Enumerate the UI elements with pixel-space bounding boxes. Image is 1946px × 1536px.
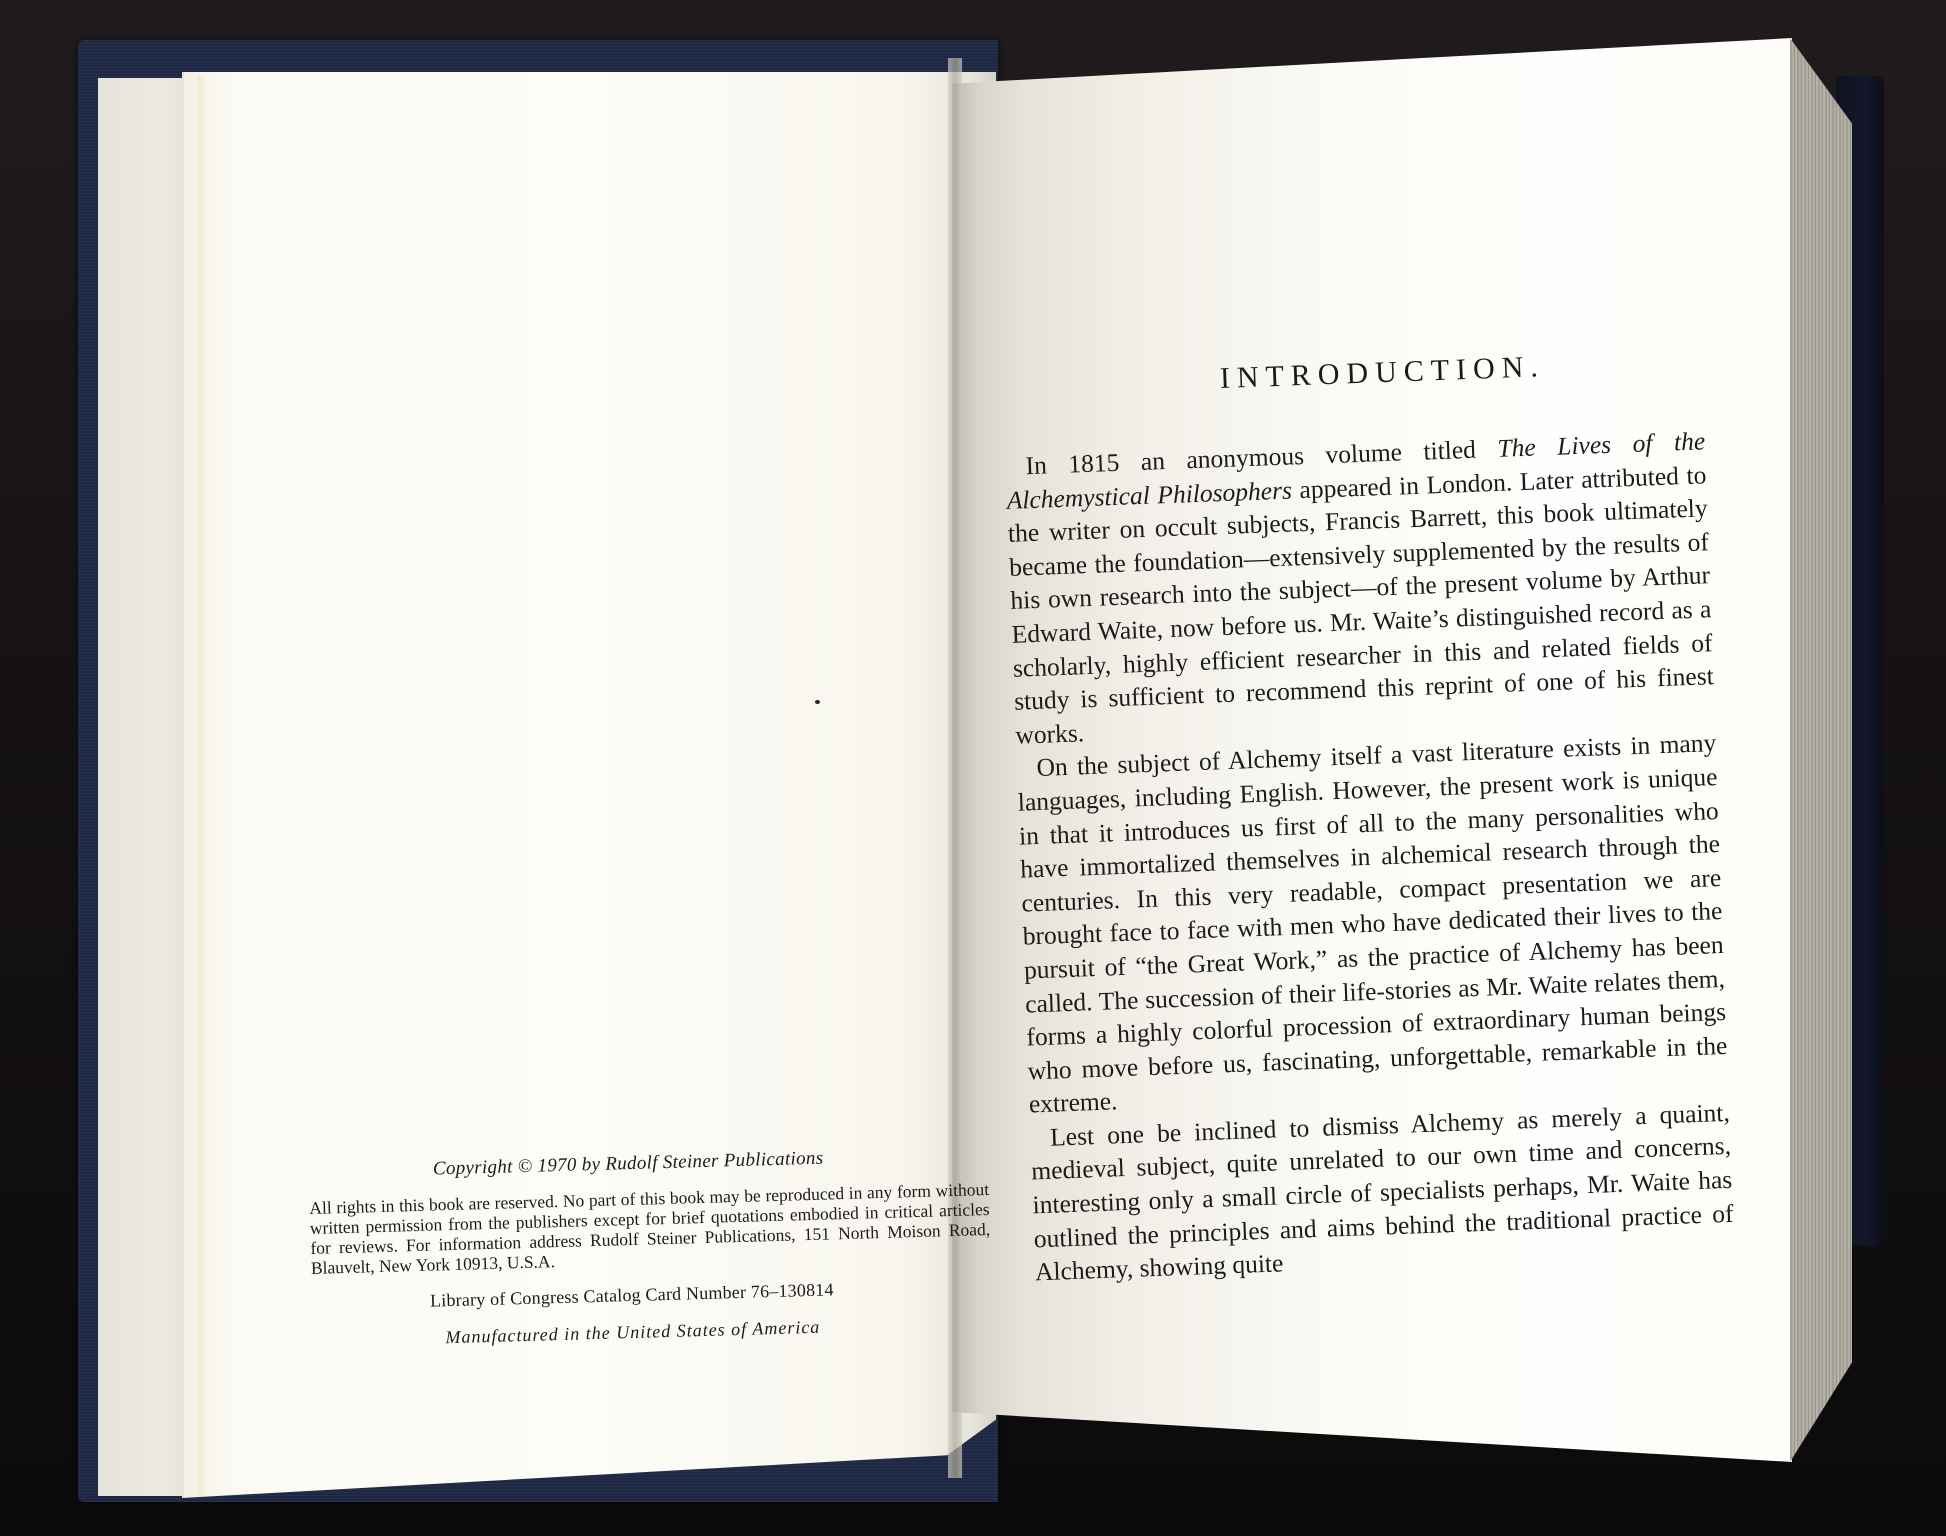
rights-statement: All rights in this book are reserved. No… xyxy=(309,1179,991,1278)
copyright-block: Copyright © 1970 by Rudolf Steiner Publi… xyxy=(308,1143,1003,1352)
left-page-edge xyxy=(198,76,206,1496)
ink-speck xyxy=(815,700,820,704)
introduction-section: INTRODUCTION. In 1815 an anonymous volum… xyxy=(1002,344,1735,1289)
intro-paragraph-2: On the subject of Alchemy itself a vast … xyxy=(1016,726,1729,1121)
intro-paragraph-3: Lest one be inclined to dismiss Alchemy … xyxy=(1030,1096,1736,1290)
page-block-fore-edge xyxy=(1790,38,1852,1462)
lccn-number: Library of Congress Catalog Card Number … xyxy=(312,1275,1002,1315)
intro-paragraph-1: In 1815 an anonymous volume titled The L… xyxy=(1005,424,1716,752)
book-photo-scene: Copyright © 1970 by Rudolf Steiner Publi… xyxy=(0,0,1946,1536)
